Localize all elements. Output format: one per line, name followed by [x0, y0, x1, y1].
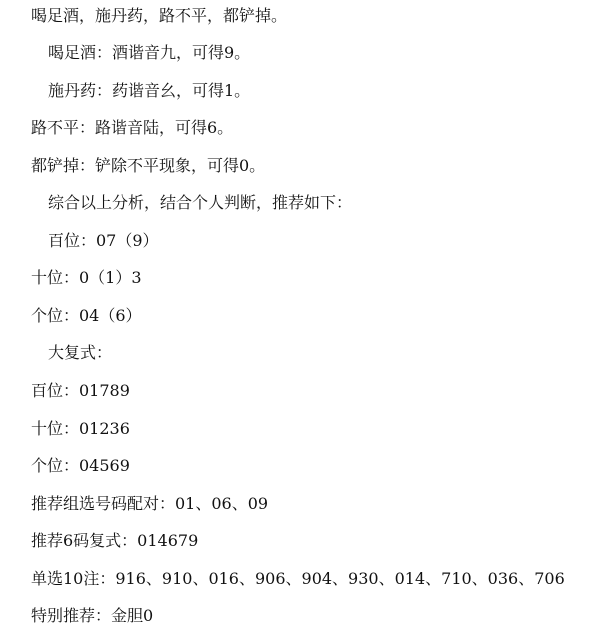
combo-hundreds: 百位：01789 — [31, 381, 130, 401]
riddle-clue-4: 都铲掉：铲除不平现象，可得0。 — [31, 156, 265, 176]
hundreds-pick: 百位：07（9） — [48, 231, 159, 251]
riddle-clue-3: 路不平：路谐音陆，可得6。 — [31, 118, 233, 138]
six-code-combo: 推荐6码复式：014679 — [31, 531, 198, 551]
riddle-clue-2: 施丹药：药谐音幺，可得1。 — [48, 81, 250, 101]
summary-line: 综合以上分析，结合个人判断，推荐如下： — [48, 193, 352, 213]
big-combo-heading: 大复式： — [48, 343, 112, 363]
group-pairs: 推荐组选号码配对：01、06、09 — [31, 494, 268, 514]
combo-tens: 十位：01236 — [31, 419, 130, 439]
riddle-clue-1: 喝足酒：酒谐音九，可得9。 — [48, 43, 250, 63]
tens-pick: 十位：0（1）3 — [31, 268, 142, 288]
special-pick: 特别推荐：金胆0 — [31, 606, 153, 626]
units-pick: 个位：04（6） — [31, 306, 142, 326]
riddle-line: 喝足酒，施丹药，路不平，都铲掉。 — [31, 6, 287, 26]
single-picks: 单选10注：916、910、016、906、904、930、014、710、03… — [31, 569, 565, 589]
combo-units: 个位：04569 — [31, 456, 130, 476]
